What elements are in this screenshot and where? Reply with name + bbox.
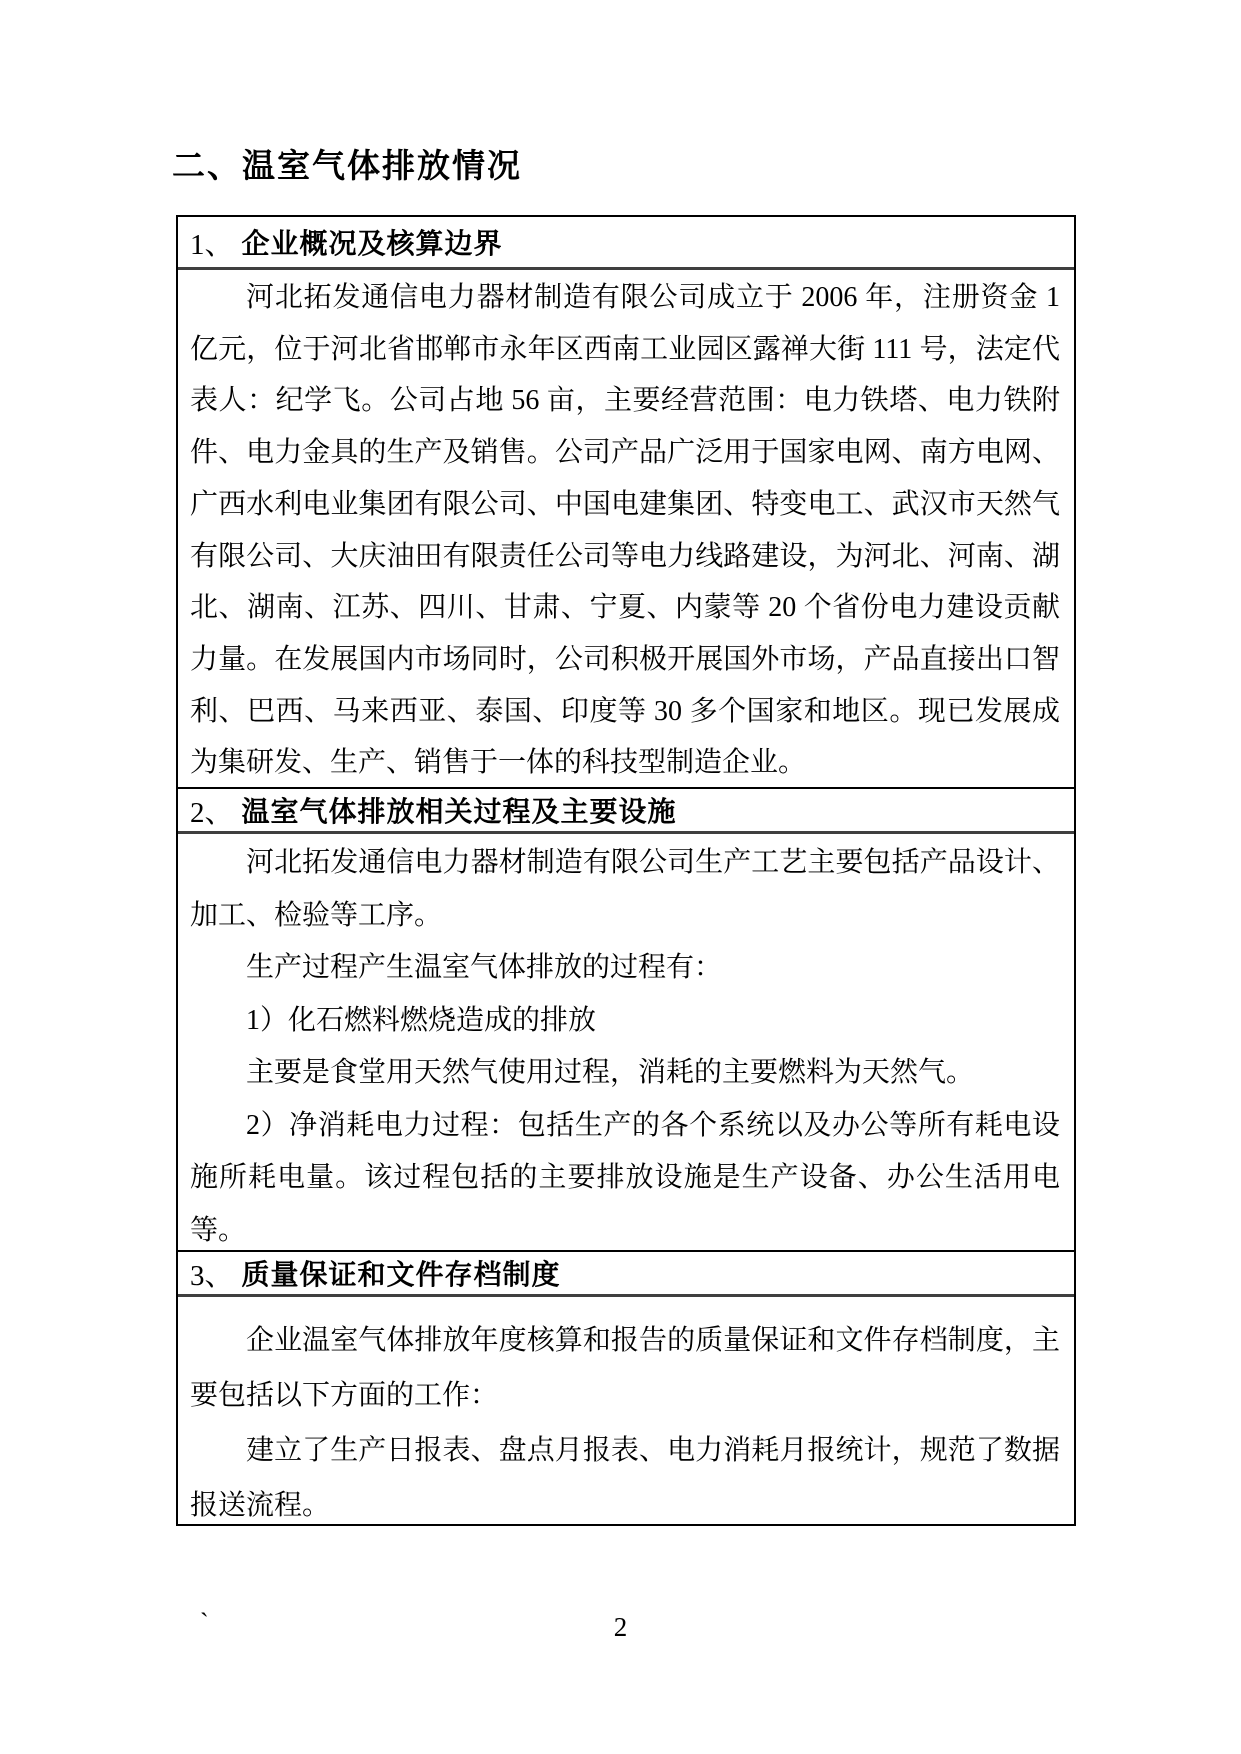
section-2-heading: 温室气体排放相关过程及主要设施 (242, 790, 677, 830)
paragraph: 2）净消耗电力过程：包括生产的各个系统以及办公等所有耗电设施所耗电量。该过程包括… (190, 1100, 1060, 1251)
section-2-body: 河北拓发通信电力器材制造有限公司生产工艺主要包括产品设计、加工、检验等工序。 生… (178, 834, 1074, 1250)
paragraph: 建立了生产日报表、盘点月报表、电力消耗月报统计，规范了数据报送流程。 (190, 1423, 1060, 1524)
paragraph: 企业温室气体排放年度核算和报告的质量保证和文件存档制度，主要包括以下方面的工作： (190, 1313, 1060, 1423)
document-page: 二、温室气体排放情况 1、 企业概况及核算边界 河北拓发通信电力器材制造有限公司… (0, 0, 1241, 1754)
paragraph: 1）化石燃料燃烧造成的排放 (190, 995, 1060, 1048)
section-2-number: 2、 (190, 790, 234, 831)
section-table: 1、 企业概况及核算边界 河北拓发通信电力器材制造有限公司成立于 2006 年，… (176, 215, 1076, 1526)
section-1-header: 1、 企业概况及核算边界 (178, 217, 1074, 270)
section-1-heading: 企业概况及核算边界 (242, 222, 503, 262)
section-3-header: 3、 质量保证和文件存档制度 (178, 1250, 1074, 1297)
paragraph: 河北拓发通信电力器材制造有限公司生产工艺主要包括产品设计、加工、检验等工序。 (190, 837, 1060, 942)
page-title: 二、温室气体排放情况 (172, 140, 522, 187)
paragraph: 河北拓发通信电力器材制造有限公司成立于 2006 年，注册资金 1 亿元，位于河… (190, 272, 1060, 787)
paragraph: 生产过程产生温室气体排放的过程有： (190, 942, 1060, 995)
section-3-body: 企业温室气体排放年度核算和报告的质量保证和文件存档制度，主要包括以下方面的工作：… (178, 1297, 1074, 1524)
section-3-number: 3、 (190, 1253, 234, 1294)
paragraph: 主要是食堂用天然气使用过程，消耗的主要燃料为天然气。 (190, 1047, 1060, 1100)
page-number: 2 (0, 1612, 1241, 1643)
section-1-body: 河北拓发通信电力器材制造有限公司成立于 2006 年，注册资金 1 亿元，位于河… (178, 270, 1074, 787)
section-1-number: 1、 (190, 222, 234, 263)
section-2-header: 2、 温室气体排放相关过程及主要设施 (178, 787, 1074, 834)
section-3-heading: 质量保证和文件存档制度 (242, 1253, 561, 1293)
